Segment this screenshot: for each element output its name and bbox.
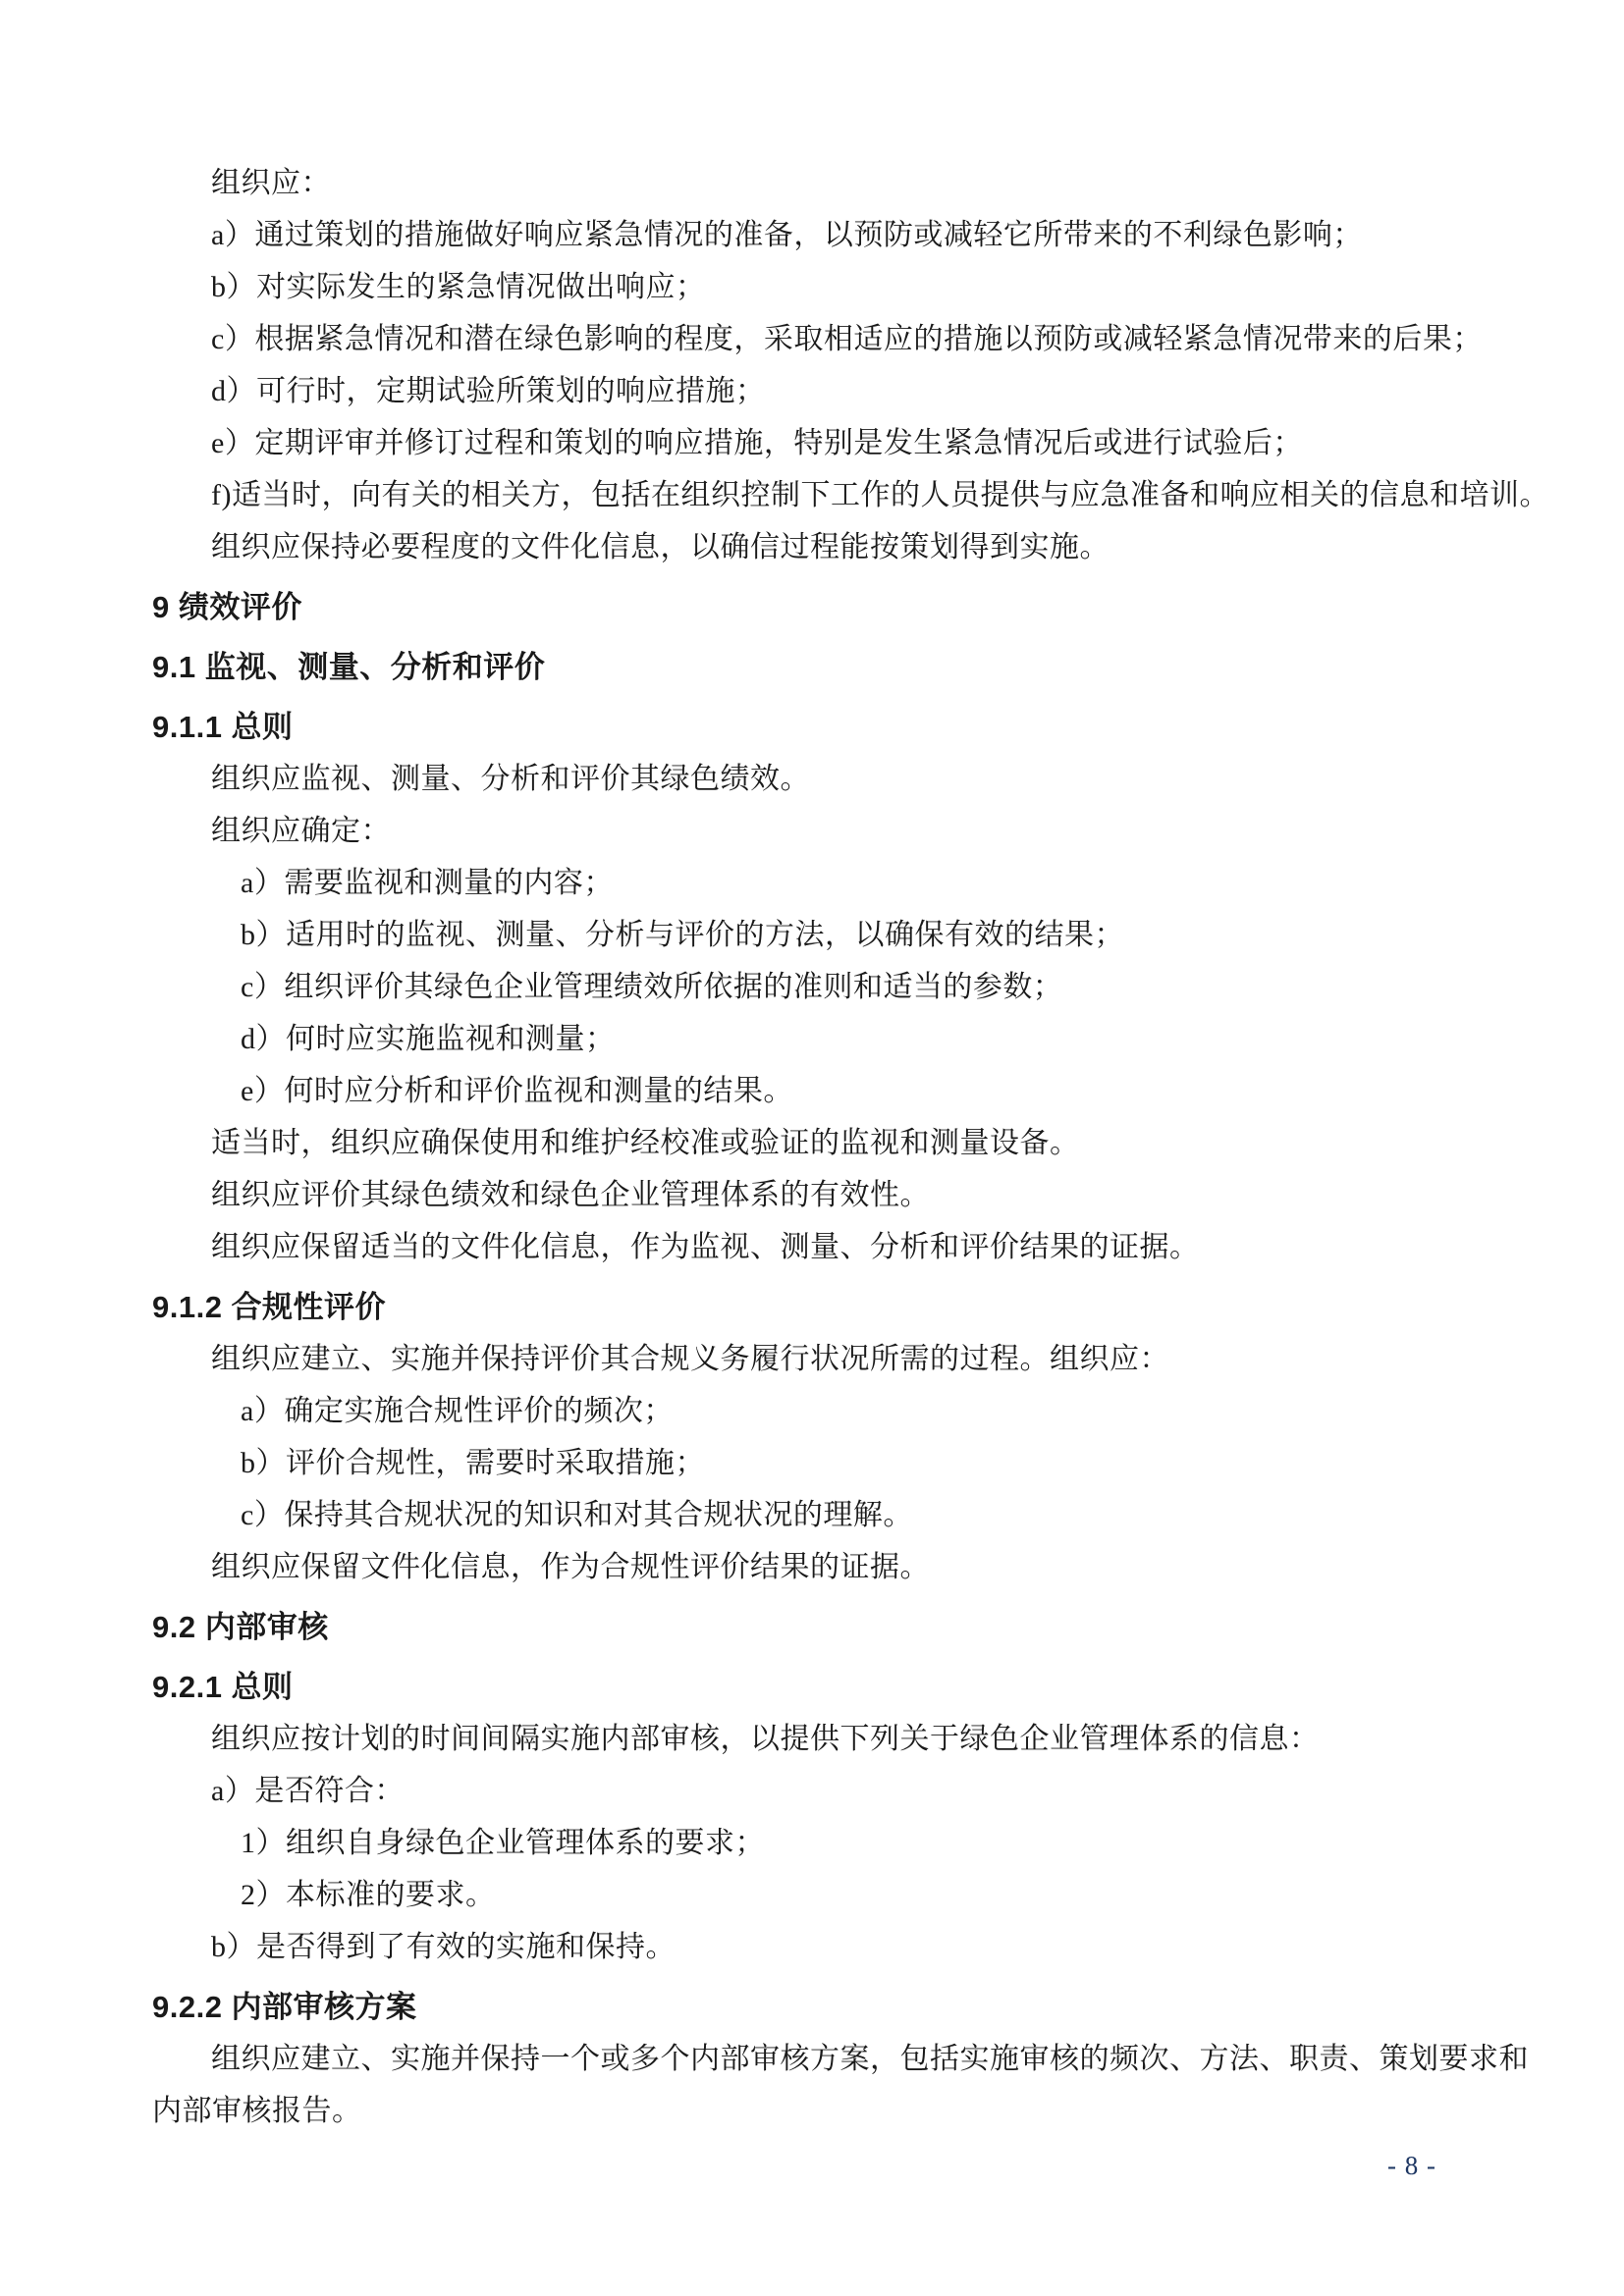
section-heading: 9.2 内部审核: [152, 1601, 1497, 1653]
text-line: 组织应：: [152, 157, 1497, 209]
text-line: 内部审核报告。: [152, 2085, 1497, 2137]
document-page: 组织应：a）通过策划的措施做好响应紧急情况的准备，以预防或减轻它所带来的不利绿色…: [0, 0, 1624, 2296]
text-line: e）何时应分析和评价监视和测量的结果。: [152, 1065, 1497, 1117]
text-line: a）确定实施合规性评价的频次；: [152, 1385, 1497, 1437]
text-line: 组织应保留文件化信息，作为合规性评价结果的证据。: [152, 1541, 1497, 1593]
section-heading: 9.1.2 合规性评价: [152, 1281, 1497, 1333]
text-line: b）评价合规性，需要时采取措施；: [152, 1437, 1497, 1489]
text-line: c）保持其合规状况的知识和对其合规状况的理解。: [152, 1489, 1497, 1541]
section-heading: 9 绩效评价: [152, 581, 1497, 633]
text-line: 适当时，组织应确保使用和维护经校准或验证的监视和测量设备。: [152, 1117, 1497, 1169]
text-line: 组织应保留适当的文件化信息，作为监视、测量、分析和评价结果的证据。: [152, 1221, 1497, 1273]
text-line: 组织应建立、实施并保持评价其合规义务履行状况所需的过程。组织应：: [152, 1333, 1497, 1385]
text-line: 组织应按计划的时间间隔实施内部审核，以提供下列关于绿色企业管理体系的信息：: [152, 1713, 1497, 1765]
text-line: b）对实际发生的紧急情况做出响应；: [152, 261, 1497, 313]
section-heading: 9.1 监视、测量、分析和评价: [152, 641, 1497, 693]
text-line: 组织应保持必要程度的文件化信息，以确信过程能按策划得到实施。: [152, 521, 1497, 573]
section-heading: 9.2.1 总则: [152, 1661, 1497, 1713]
text-line: c）根据紧急情况和潜在绿色影响的程度，采取相适应的措施以预防或减轻紧急情况带来的…: [152, 313, 1497, 365]
section-heading: 9.2.2 内部审核方案: [152, 1981, 1497, 2033]
text-line: 组织应监视、测量、分析和评价其绿色绩效。: [152, 753, 1497, 805]
text-line: f)适当时，向有关的相关方，包括在组织控制下工作的人员提供与应急准备和响应相关的…: [152, 469, 1497, 521]
text-line: 组织应确定：: [152, 805, 1497, 857]
text-line: d）可行时，定期试验所策划的响应措施；: [152, 365, 1497, 417]
section-heading: 9.1.1 总则: [152, 701, 1497, 753]
document-content: 组织应：a）通过策划的措施做好响应紧急情况的准备，以预防或减轻它所带来的不利绿色…: [152, 157, 1497, 2137]
text-line: e）定期评审并修订过程和策划的响应措施，特别是发生紧急情况后或进行试验后；: [152, 417, 1497, 469]
text-line: a）是否符合：: [152, 1765, 1497, 1817]
text-line: b）是否得到了有效的实施和保持。: [152, 1921, 1497, 1973]
text-line: d）何时应实施监视和测量；: [152, 1013, 1497, 1065]
text-line: 组织应评价其绿色绩效和绿色企业管理体系的有效性。: [152, 1169, 1497, 1221]
text-line: 2）本标准的要求。: [152, 1869, 1497, 1921]
text-line: 1）组织自身绿色企业管理体系的要求；: [152, 1817, 1497, 1869]
page-number: - 8 -: [1387, 2150, 1436, 2181]
text-line: b）适用时的监视、测量、分析与评价的方法，以确保有效的结果；: [152, 909, 1497, 961]
text-line: a）需要监视和测量的内容；: [152, 857, 1497, 909]
text-line: a）通过策划的措施做好响应紧急情况的准备，以预防或减轻它所带来的不利绿色影响；: [152, 209, 1497, 261]
text-line: c）组织评价其绿色企业管理绩效所依据的准则和适当的参数；: [152, 961, 1497, 1013]
text-line: 组织应建立、实施并保持一个或多个内部审核方案，包括实施审核的频次、方法、职责、策…: [152, 2033, 1497, 2085]
